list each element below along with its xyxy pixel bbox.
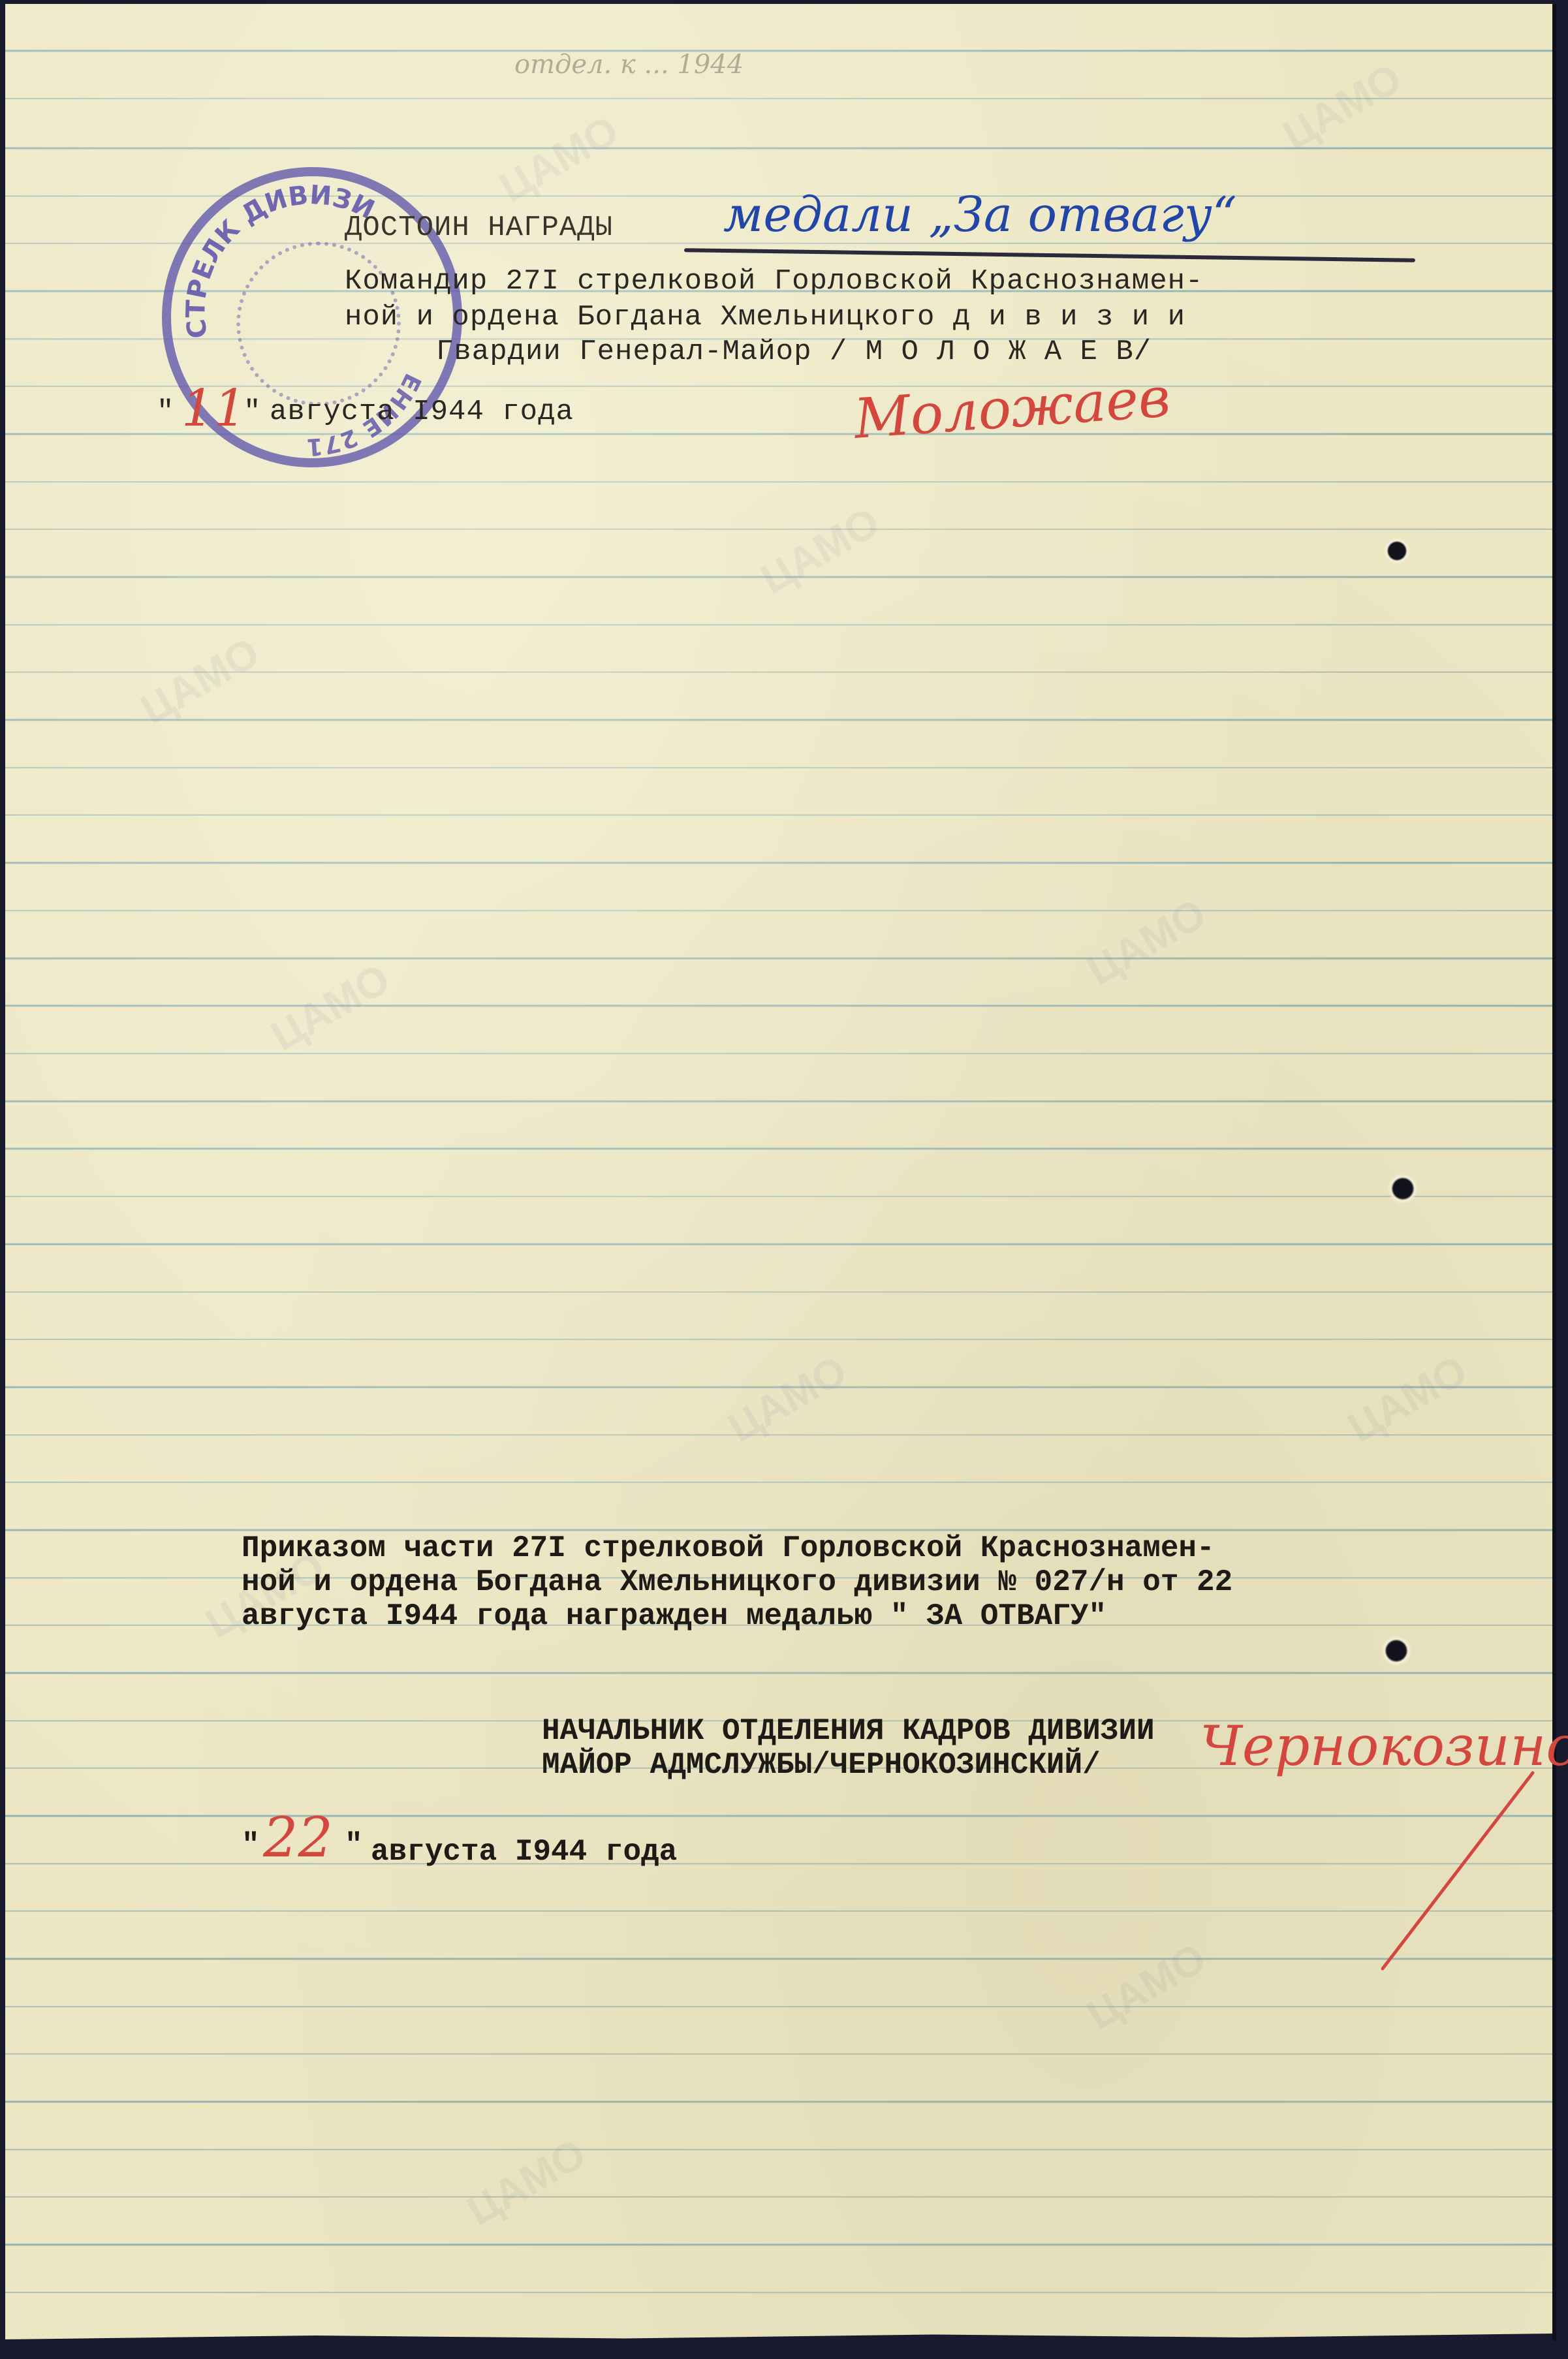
date-rest: августа I944 года [270, 396, 574, 428]
faded-note: отдел. к ... 1944 [514, 50, 744, 80]
watermark: ЦАМО [133, 628, 268, 734]
watermark: ЦАМО [459, 2129, 594, 2235]
underline [684, 248, 1415, 262]
chief-line-2: МАЙОР АДМСЛУЖБЫ/ЧЕРНОКОЗИНСКИЙ/ [542, 1748, 1101, 1782]
date-day-handwritten: 11 [181, 379, 246, 438]
worthy-label: ДОСТОИН НАГРАДЫ [345, 211, 613, 244]
punch-hole [1384, 538, 1410, 564]
chief-line-1: НАЧАЛЬНИК ОТДЕЛЕНИЯ КАДРОВ ДИВИЗИИ [542, 1714, 1155, 1748]
date-close-quote: " [243, 396, 261, 428]
punch-hole [1388, 1174, 1418, 1204]
commander-signature: Моложаев [852, 365, 1172, 451]
watermark: ЦАМО [753, 497, 888, 603]
signature-stroke-icon [1343, 1766, 1539, 1975]
date-close-quote-2: " [345, 1828, 363, 1862]
commander-line-2: ной и ордена Богдана Хмельницкого д и в … [345, 301, 1185, 334]
commander-line-3: Гвардии Генерал-Майор / М О Л О Ж А Е В/ [436, 336, 1152, 368]
watermark: ЦАМО [263, 954, 398, 1060]
watermark: ЦАМО [1079, 889, 1214, 995]
medal-handwritten: медали „За отвагу“ [723, 187, 1237, 243]
document-page: ЦАМО ЦАМО ЦАМО ЦАМО ЦАМО ЦАМО ЦАМО ЦАМО … [5, 4, 1556, 2341]
watermark: ЦАМО [1340, 1346, 1475, 1452]
date-open-quote: " [157, 396, 174, 428]
commander-line-1: Командир 27I стрелковой Горловской Красн… [345, 265, 1203, 298]
order-line-3: августа I944 года награжден медалью " ЗА… [242, 1599, 1106, 1633]
watermark: ЦАМО [720, 1346, 855, 1452]
watermark: ЦАМО [1079, 1933, 1214, 2039]
watermark: ЦАМО [492, 106, 627, 211]
watermark: ЦАМО [1275, 54, 1410, 159]
date-open-quote-2: " [242, 1828, 260, 1862]
punch-hole [1381, 1636, 1411, 1666]
date-rest-2: августа I944 года [371, 1835, 677, 1869]
date-day-handwritten-2: 22 [263, 1805, 333, 1869]
order-line-2: ной и ордена Богдана Хмельницкого дивизи… [242, 1565, 1232, 1599]
order-line-1: Приказом части 27I стрелковой Горловской… [242, 1531, 1215, 1565]
